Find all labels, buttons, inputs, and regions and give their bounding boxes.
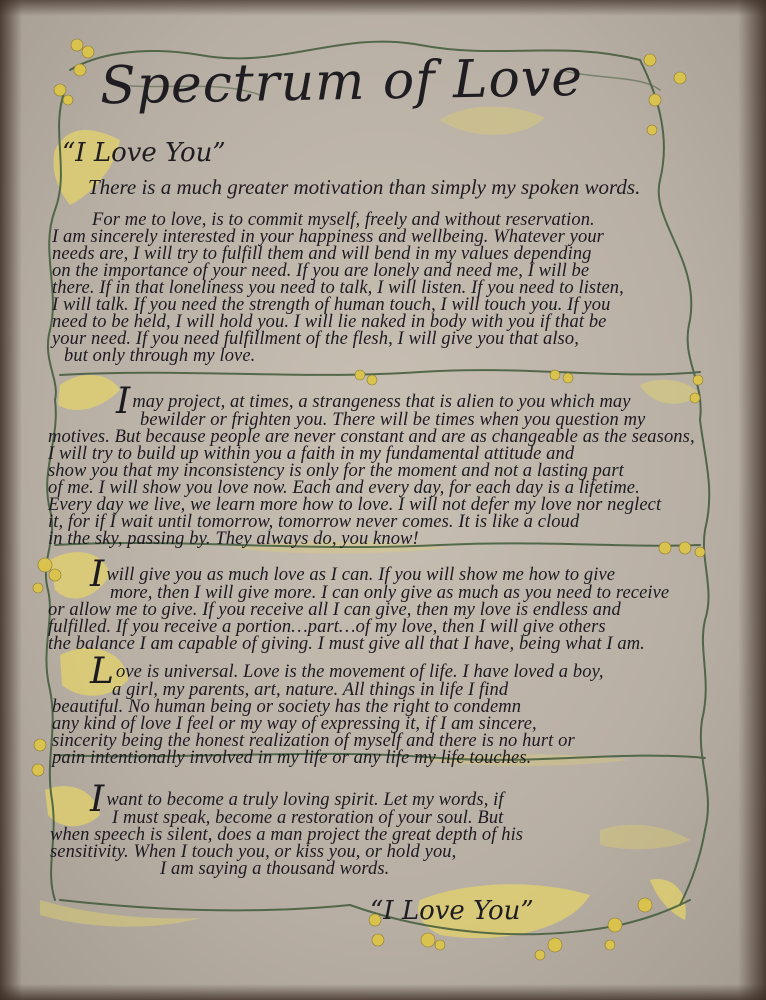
- paragraph-line: may project, at times, a strangeness tha…: [132, 392, 630, 412]
- paragraph-4: Love is universal. Love is the movement …: [52, 662, 604, 767]
- paragraph-line: want to become a truly loving spirit. Le…: [106, 790, 503, 810]
- drop-cap: I: [90, 779, 104, 820]
- paragraph-5: Iwant to become a truly loving spirit. L…: [50, 790, 523, 878]
- intro-line: There is a much greater motivation than …: [88, 175, 640, 200]
- paragraph-line: in the sky, passing by. They always do, …: [48, 531, 695, 548]
- paragraph-2: Imay project, at times, a strangeness th…: [48, 392, 695, 548]
- subtitle-i-love-you: “I Love You”: [62, 138, 226, 168]
- page-title: Spectrum of Love: [100, 48, 601, 117]
- drop-cap: I: [90, 554, 104, 595]
- closing-i-love-you: “I Love You”: [370, 896, 534, 926]
- drop-cap: I: [116, 381, 130, 422]
- paragraph-line: I am saying a thousand words.: [50, 861, 523, 878]
- paragraph-line: will give you as much love as I can. If …: [106, 565, 615, 585]
- paragraph-line: the balance I am capable of giving. I mu…: [48, 636, 669, 653]
- paragraph-1: For me to love, is to commit myself, fre…: [52, 212, 624, 365]
- paragraph-3: Iwill give you as much love as I can. If…: [48, 565, 669, 653]
- paragraph-line: pain intentionally involved in my life o…: [52, 750, 604, 767]
- drop-cap: L: [90, 651, 114, 692]
- paragraph-line: ove is universal. Love is the movement o…: [116, 662, 604, 682]
- paragraph-line: but only through my love.: [52, 348, 624, 365]
